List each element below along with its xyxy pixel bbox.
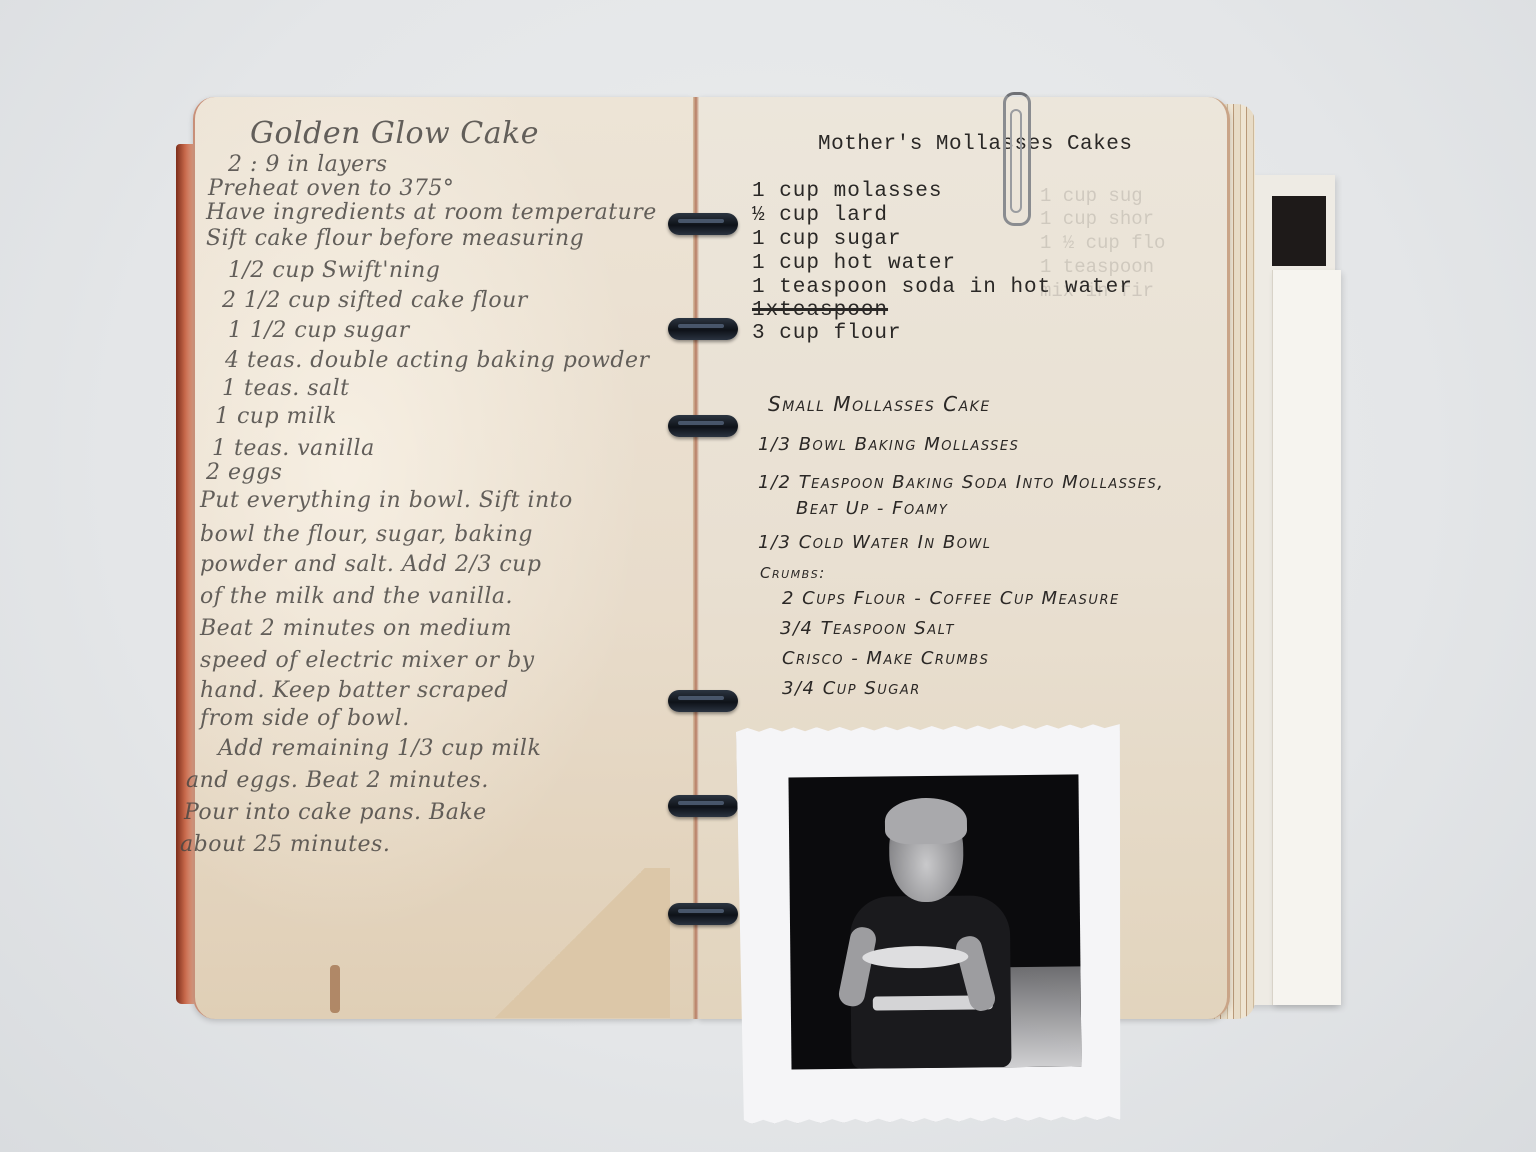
- binder-ring: [668, 903, 738, 925]
- typed-ingredient: 3 cup flour: [752, 322, 902, 345]
- recipe-line: Sift cake flour before measuring: [206, 226, 584, 251]
- recipe-line: 1 teas. vanilla: [212, 436, 375, 461]
- recipe-line: 1 1/2 cup sugar: [228, 318, 410, 343]
- recipe-line: Pour into cake pans. Bake: [184, 800, 487, 825]
- handprint-line: Crisco - Make Crumbs: [782, 648, 989, 669]
- handprint-line: 3/4 Teaspoon Salt: [780, 618, 955, 639]
- binder-ring: [668, 795, 738, 817]
- typed-ingredient: 1 cup molasses: [752, 180, 942, 203]
- typed-ingredient: 1 cup hot water: [752, 252, 956, 275]
- red-cover-edge: [176, 144, 194, 1004]
- paper-clip-icon: [1003, 92, 1031, 226]
- typed-struck-out-line: 1xteaspoon: [752, 299, 888, 322]
- typed-recipe-title: Mother's Mollasses Cakes: [818, 133, 1132, 156]
- recipe-line: 2 eggs: [206, 460, 282, 485]
- recipe-line: from side of bowl.: [200, 706, 410, 731]
- recipe-line: 2 : 9 in layers: [228, 152, 388, 177]
- book-gutter: [693, 97, 699, 1019]
- recipe-line: Preheat oven to 375°: [208, 176, 454, 201]
- photo-image: [788, 774, 1081, 1069]
- handprint-line: 1/3 Bowl Baking Mollasses: [758, 434, 1019, 455]
- recipe-line: 2 1/2 cup sifted cake flour: [222, 288, 528, 313]
- handprint-line: Beat Up - Foamy: [796, 498, 948, 519]
- photo-girl-hair: [885, 798, 967, 845]
- binder-ring: [668, 318, 738, 340]
- bleed-through-text: 1 teaspoon: [1040, 256, 1154, 278]
- recipe-line: Beat 2 minutes on medium: [200, 616, 512, 641]
- recipe-line: Add remaining 1/3 cup milk: [218, 736, 541, 761]
- recipe-line: 1 cup milk: [215, 404, 337, 429]
- bleed-through-text: 1 ½ cup flo: [1040, 232, 1165, 254]
- bleed-through-text: 1 cup shor: [1040, 208, 1154, 230]
- recipe-book-scene: Golden Glow Cake 2 : 9 in layers Preheat…: [0, 0, 1536, 1152]
- folded-corner: [470, 868, 670, 1018]
- recipe-line: 4 teas. double acting baking powder: [225, 348, 650, 373]
- handprint-line: 1/3 Cold Water In Bowl: [758, 532, 992, 553]
- recipe-line: Have ingredients at room temperature: [206, 200, 657, 225]
- recipe-line: speed of electric mixer or by: [200, 648, 535, 673]
- recipe-line: hand. Keep batter scraped: [200, 678, 509, 703]
- recipe-line: and eggs. Beat 2 minutes.: [186, 768, 489, 793]
- recipe-line: powder and salt. Add 2/3 cup: [200, 552, 541, 577]
- recipe-line: about 25 minutes.: [180, 832, 390, 857]
- typed-ingredient: 1 teaspoon soda in hot water: [752, 276, 1133, 299]
- left-page-title: Golden Glow Cake: [250, 116, 539, 151]
- recipe-line: Put everything in bowl. Sift into: [200, 488, 573, 513]
- vintage-photo: [736, 724, 1124, 1124]
- recipe-line: bowl the flour, sugar, baking: [200, 522, 533, 547]
- handprint-line: 1/2 Teaspoon Baking Soda Into Mollasses,: [758, 472, 1165, 493]
- loose-paper-front: [1272, 270, 1341, 1005]
- handprint-title: Small Mollasses Cake: [768, 392, 991, 416]
- binder-ring: [668, 690, 738, 712]
- typed-ingredient: ½ cup lard: [752, 204, 888, 227]
- recipe-line: of the milk and the vanilla.: [200, 584, 513, 609]
- recipe-line: 1 teas. salt: [222, 376, 350, 401]
- binder-ring: [668, 213, 738, 235]
- handprint-line: 2 Cups Flour - Coffee Cup Measure: [782, 588, 1120, 609]
- handprint-line: Crumbs:: [760, 564, 826, 582]
- typed-ingredient: 1 cup sugar: [752, 228, 902, 251]
- binder-ring: [668, 415, 738, 437]
- stain-mark: [330, 965, 340, 1013]
- handprint-line: 3/4 Cup Sugar: [782, 678, 921, 699]
- bleed-through-text: 1 cup sug: [1040, 184, 1143, 208]
- black-tab: [1272, 196, 1326, 266]
- recipe-line: 1/2 cup Swift'ning: [228, 258, 440, 283]
